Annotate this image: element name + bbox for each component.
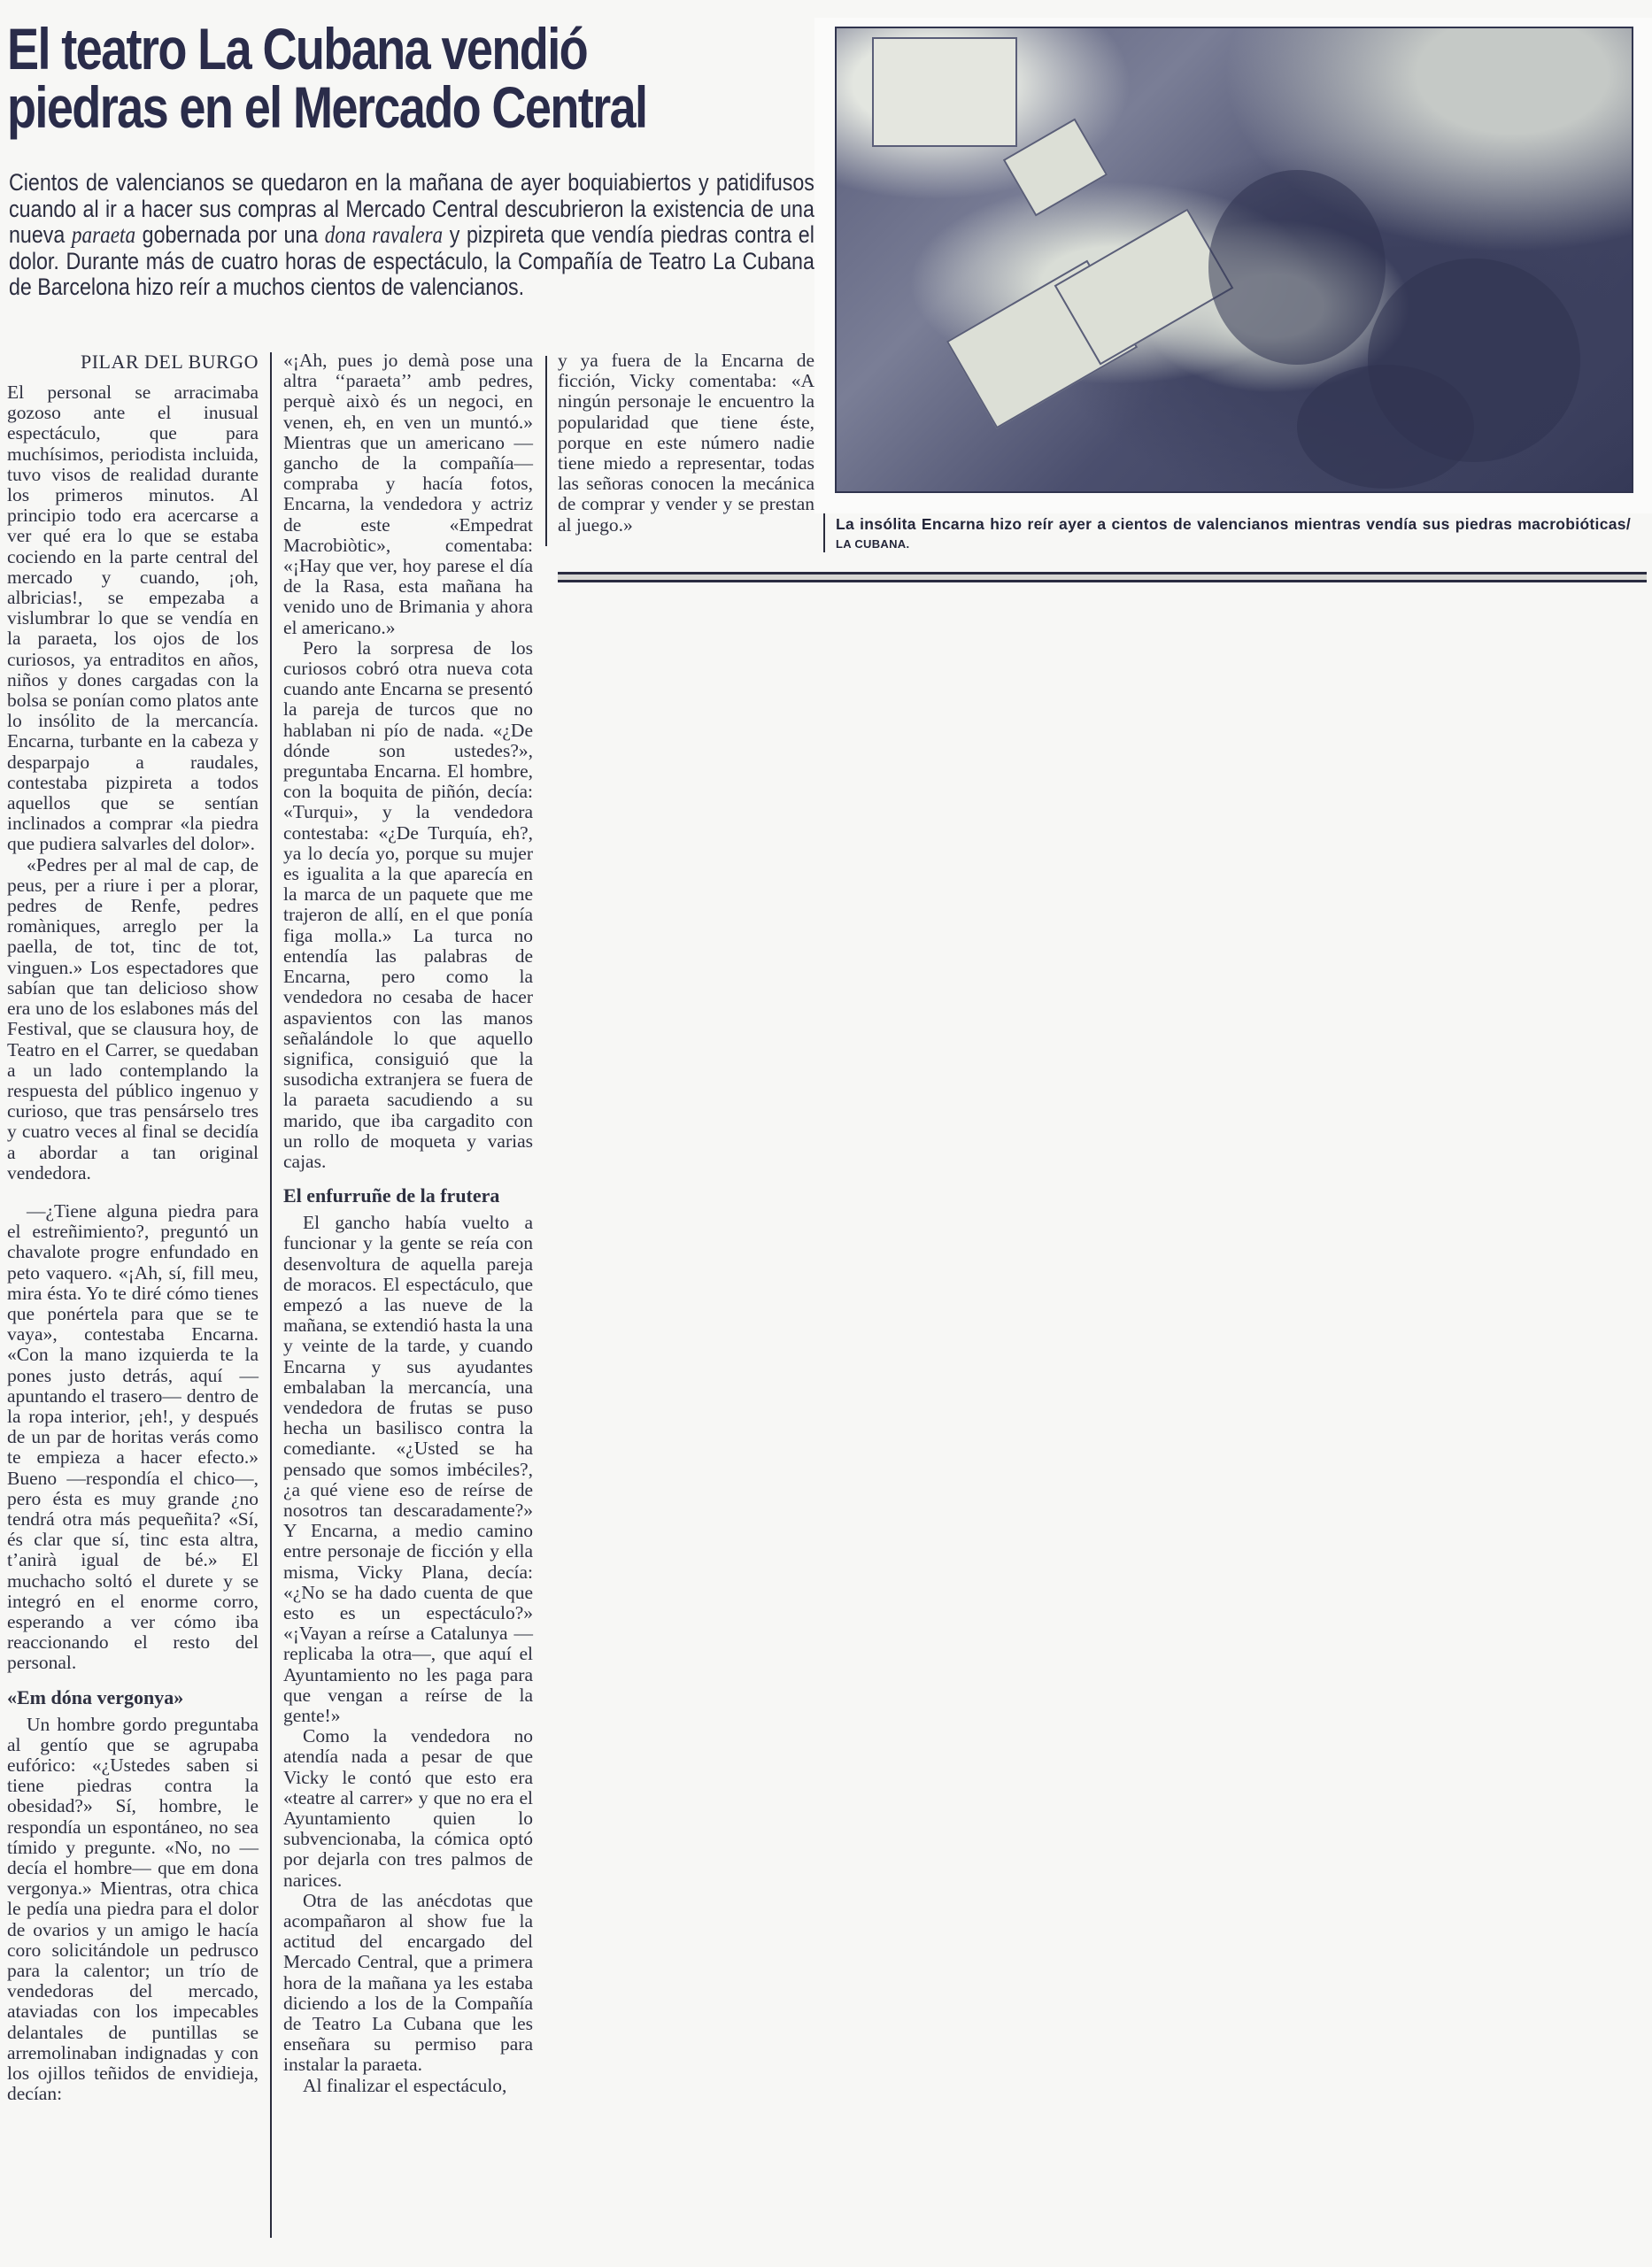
caption-divider [823, 513, 825, 552]
headline-line-2: piedras en el Mercado Central [7, 78, 660, 136]
paragraph: Como la vendedora no atendía nada a pesa… [283, 1726, 533, 1891]
byline: PILAR DEL BURGO [7, 351, 259, 374]
column-divider [545, 356, 547, 546]
crowd-shadow [1208, 170, 1386, 365]
article-column-1: PILAR DEL BURGO El personal se arracimab… [7, 351, 259, 2104]
headline-line-1: El teatro La Cubana vendió [7, 19, 660, 78]
paragraph-gap [7, 1184, 259, 1201]
lede-italic-paraeta: paraeta [72, 221, 135, 248]
caption-separator: / [1626, 515, 1631, 533]
paragraph: —¿Tiene alguna piedra para el estreñimie… [7, 1201, 259, 1674]
paragraph: Al finalizar el espectáculo, [283, 2076, 533, 2096]
market-booth [872, 37, 1017, 147]
paragraph: «¡Ah, pues jo demà pose una altra ‘‘para… [283, 351, 533, 638]
crowd-shadow [1297, 365, 1474, 489]
subhead-em-dona-vergonya: «Em dóna vergonya» [7, 1686, 259, 1709]
article-column-3: y ya fuera de la Encarna de ficción, Vic… [558, 351, 814, 536]
paragraph: Otra de las anécdotas que acompañaron al… [283, 1891, 533, 2076]
photo-credit: LA CUBANA. [836, 537, 909, 551]
photo-caption: La insólita Encarna hizo reír ayer a cie… [836, 515, 1631, 553]
lede-italic-dona-ravalera: dona ravalera [325, 221, 443, 248]
paragraph: El personal se arracimaba gozoso ante el… [7, 382, 259, 855]
article-column-2: «¡Ah, pues jo demà pose una altra ‘‘para… [283, 351, 533, 2096]
caption-text: La insólita Encarna hizo reír ayer a cie… [836, 515, 1626, 533]
paragraph: Pero la sorpresa de los curiosos cobró o… [283, 638, 533, 1172]
lede-text-2: gobernada por una [135, 221, 325, 248]
paragraph: y ya fuera de la Encarna de ficción, Vic… [558, 351, 814, 536]
paragraph: El gancho había vuelto a funcionar y la … [283, 1213, 533, 1726]
paragraph: «Pedres per al mal de cap, de peus, per … [7, 855, 259, 1184]
subhead-enfurrune: El enfurruñe de la frutera [283, 1184, 533, 1207]
paragraph: Un hombre gordo preguntaba al gentío que… [7, 1715, 259, 2105]
headline: El teatro La Cubana vendió piedras en el… [7, 19, 660, 136]
column-divider [270, 352, 272, 2238]
double-rule-divider [558, 572, 1647, 582]
lede-paragraph: Cientos de valencianos se quedaron en la… [9, 170, 814, 301]
crate [1003, 118, 1108, 216]
market-crowd-photo [835, 27, 1633, 493]
